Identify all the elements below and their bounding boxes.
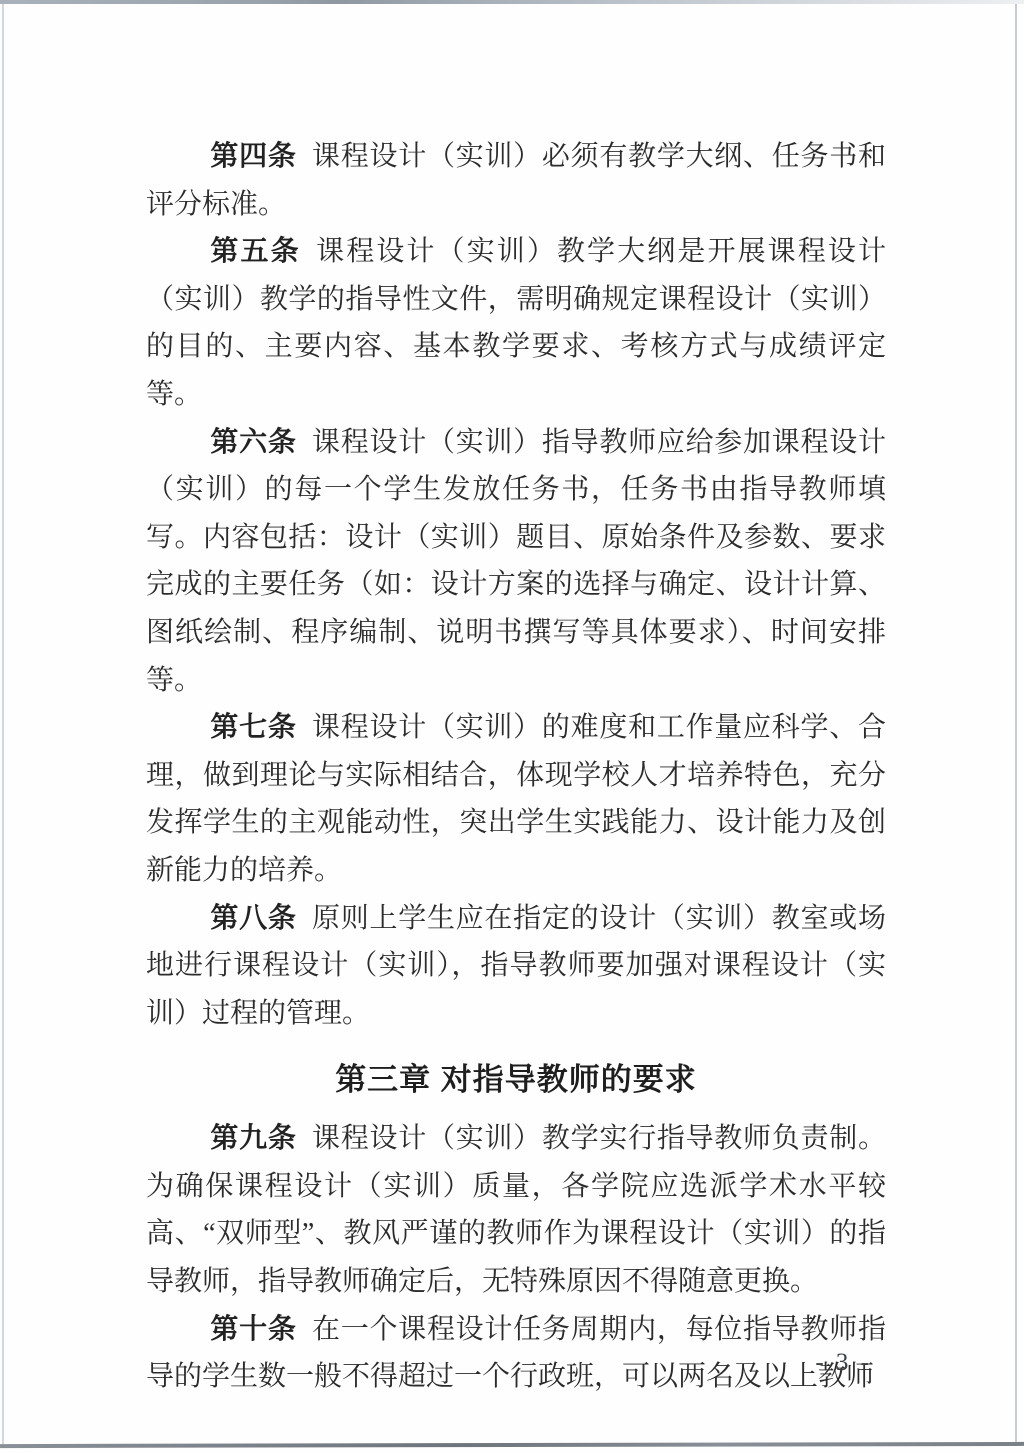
article-text: 课程设计（实训）指导教师应给参加课程设计（实训）的每一个学生发放任务书，任务书由… xyxy=(146,427,886,696)
article-number: 第九条 xyxy=(210,1123,296,1154)
article-number: 第十条 xyxy=(210,1314,296,1345)
page-number: - 3 - xyxy=(0,1349,872,1377)
article-paragraph-6: 第六条课程设计（实训）指导教师应给参加课程设计（实训）的每一个学生发放任务书，任… xyxy=(146,419,886,705)
article-paragraph-7: 第七条课程设计（实训）的难度和工作量应科学、合理，做到理论与实际相结合，体现学校… xyxy=(146,704,886,894)
article-number: 第八条 xyxy=(210,903,296,934)
article-number: 第四条 xyxy=(210,141,296,172)
article-paragraph-9: 第九条课程设计（实训）教学实行指导教师负责制。为确保课程设计（实训）质量，各学院… xyxy=(146,1115,886,1305)
article-paragraph-8: 第八条原则上学生应在指定的设计（实训）教室或场地进行课程设计（实训），指导教师要… xyxy=(146,895,886,1038)
scan-edge-bottom xyxy=(0,1442,1024,1448)
scanned-document-page: 第四条课程设计（实训）必须有教学大纲、任务书和评分标准。 第五条课程设计（实训）… xyxy=(0,0,1024,1453)
document-body: 第四条课程设计（实训）必须有教学大纲、任务书和评分标准。 第五条课程设计（实训）… xyxy=(146,133,886,1401)
scan-edge-left xyxy=(2,4,4,1445)
chapter-heading: 第三章 对指导教师的要求 xyxy=(146,1059,886,1101)
article-paragraph-4: 第四条课程设计（实训）必须有教学大纲、任务书和评分标准。 xyxy=(146,133,886,228)
scan-edge-top xyxy=(0,0,1024,4)
article-paragraph-5: 第五条课程设计（实训）教学大纲是开展课程设计（实训）教学的指导性文件，需明确规定… xyxy=(146,228,886,418)
article-number: 第五条 xyxy=(210,236,300,267)
article-number: 第七条 xyxy=(210,712,296,743)
scan-edge-right xyxy=(1015,4,1017,1443)
article-number: 第六条 xyxy=(210,427,296,458)
